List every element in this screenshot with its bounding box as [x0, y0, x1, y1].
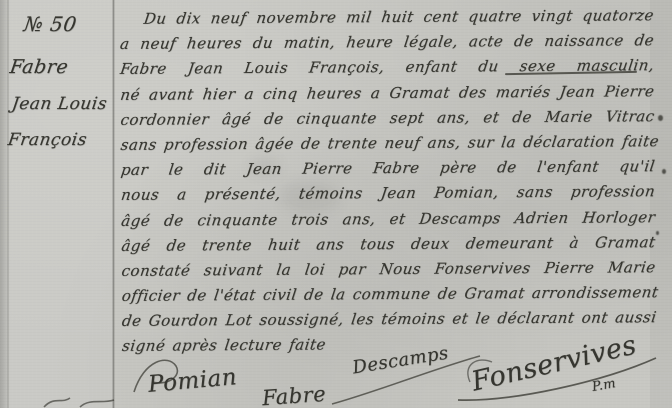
act-line-11: constaté suivant la loi par Nous Fonserv… — [120, 255, 657, 284]
officer-flourish — [452, 352, 662, 406]
act-number: № 50 — [22, 12, 78, 36]
act-line-3: Fabre Jean Louis François, enfant du sex… — [119, 54, 656, 83]
fold-line — [112, 0, 115, 408]
margin-surname: Fabre — [8, 56, 69, 78]
register-page: № 50 Fabre Jean Louis François Du dix ne… — [0, 0, 672, 408]
act-line-8: nous a présenté, témoins Jean Pomian, sa… — [119, 179, 656, 208]
ink-speck — [658, 115, 663, 121]
act-line-4: né avant hier a cinq heures a Gramat des… — [119, 79, 656, 108]
margin-given-names-2: François — [7, 130, 89, 150]
act-line-10: âgé de trente huit ans tous deux demeura… — [120, 230, 657, 259]
signature-fabre: Fabre — [261, 382, 327, 408]
act-line-5: cordonnier âgé de cinquante sept ans, et… — [119, 104, 656, 133]
paper-crease — [7, 0, 9, 408]
ink-speck — [662, 169, 666, 174]
partial-next-entry-stroke — [40, 392, 130, 408]
act-line-6: sans profession âgée de trente neuf ans,… — [119, 129, 656, 158]
margin-given-names: Jean Louis — [11, 94, 109, 114]
ink-speck — [656, 231, 659, 235]
act-body: Du dix neuf novembre mil huit cent quatr… — [120, 3, 656, 359]
act-line-9: âgé de cinquante trois ans, et Descamps … — [120, 205, 657, 234]
